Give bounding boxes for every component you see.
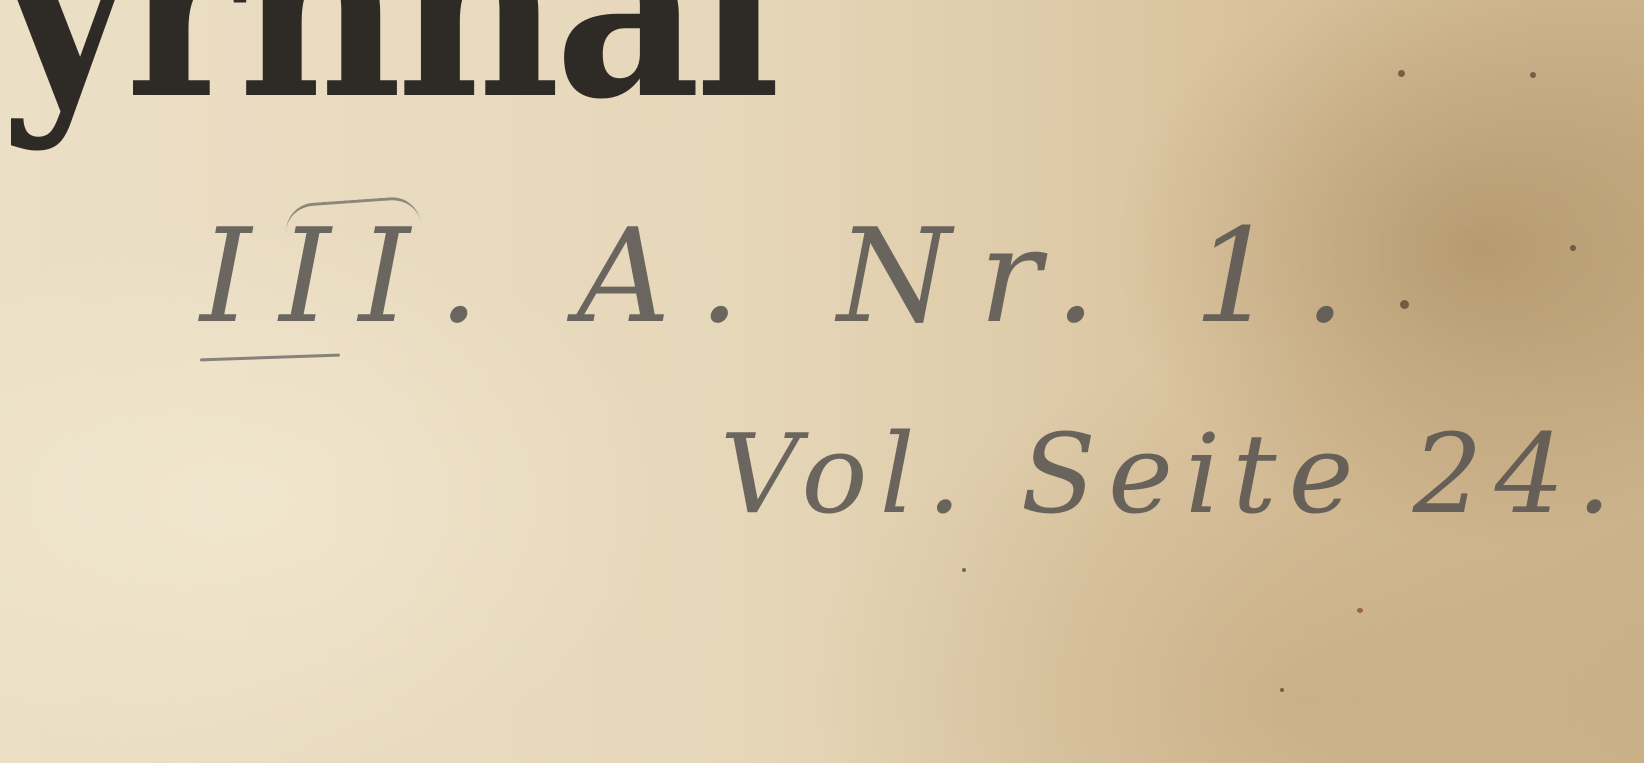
paper-speck xyxy=(1400,300,1409,309)
paper-speck xyxy=(1398,70,1405,77)
paper-speck xyxy=(962,568,966,572)
paper-speck xyxy=(1280,688,1284,692)
handwritten-page-reference: Vol. Seite 24. xyxy=(720,410,1624,538)
printed-heading-fragment: yrhnal xyxy=(0,0,775,132)
paper-speck xyxy=(1570,245,1576,251)
handwritten-shelfmark: III. A. Nr. 1. xyxy=(200,200,1374,352)
paper-speck xyxy=(1357,608,1363,613)
paper-speck xyxy=(1530,72,1536,78)
